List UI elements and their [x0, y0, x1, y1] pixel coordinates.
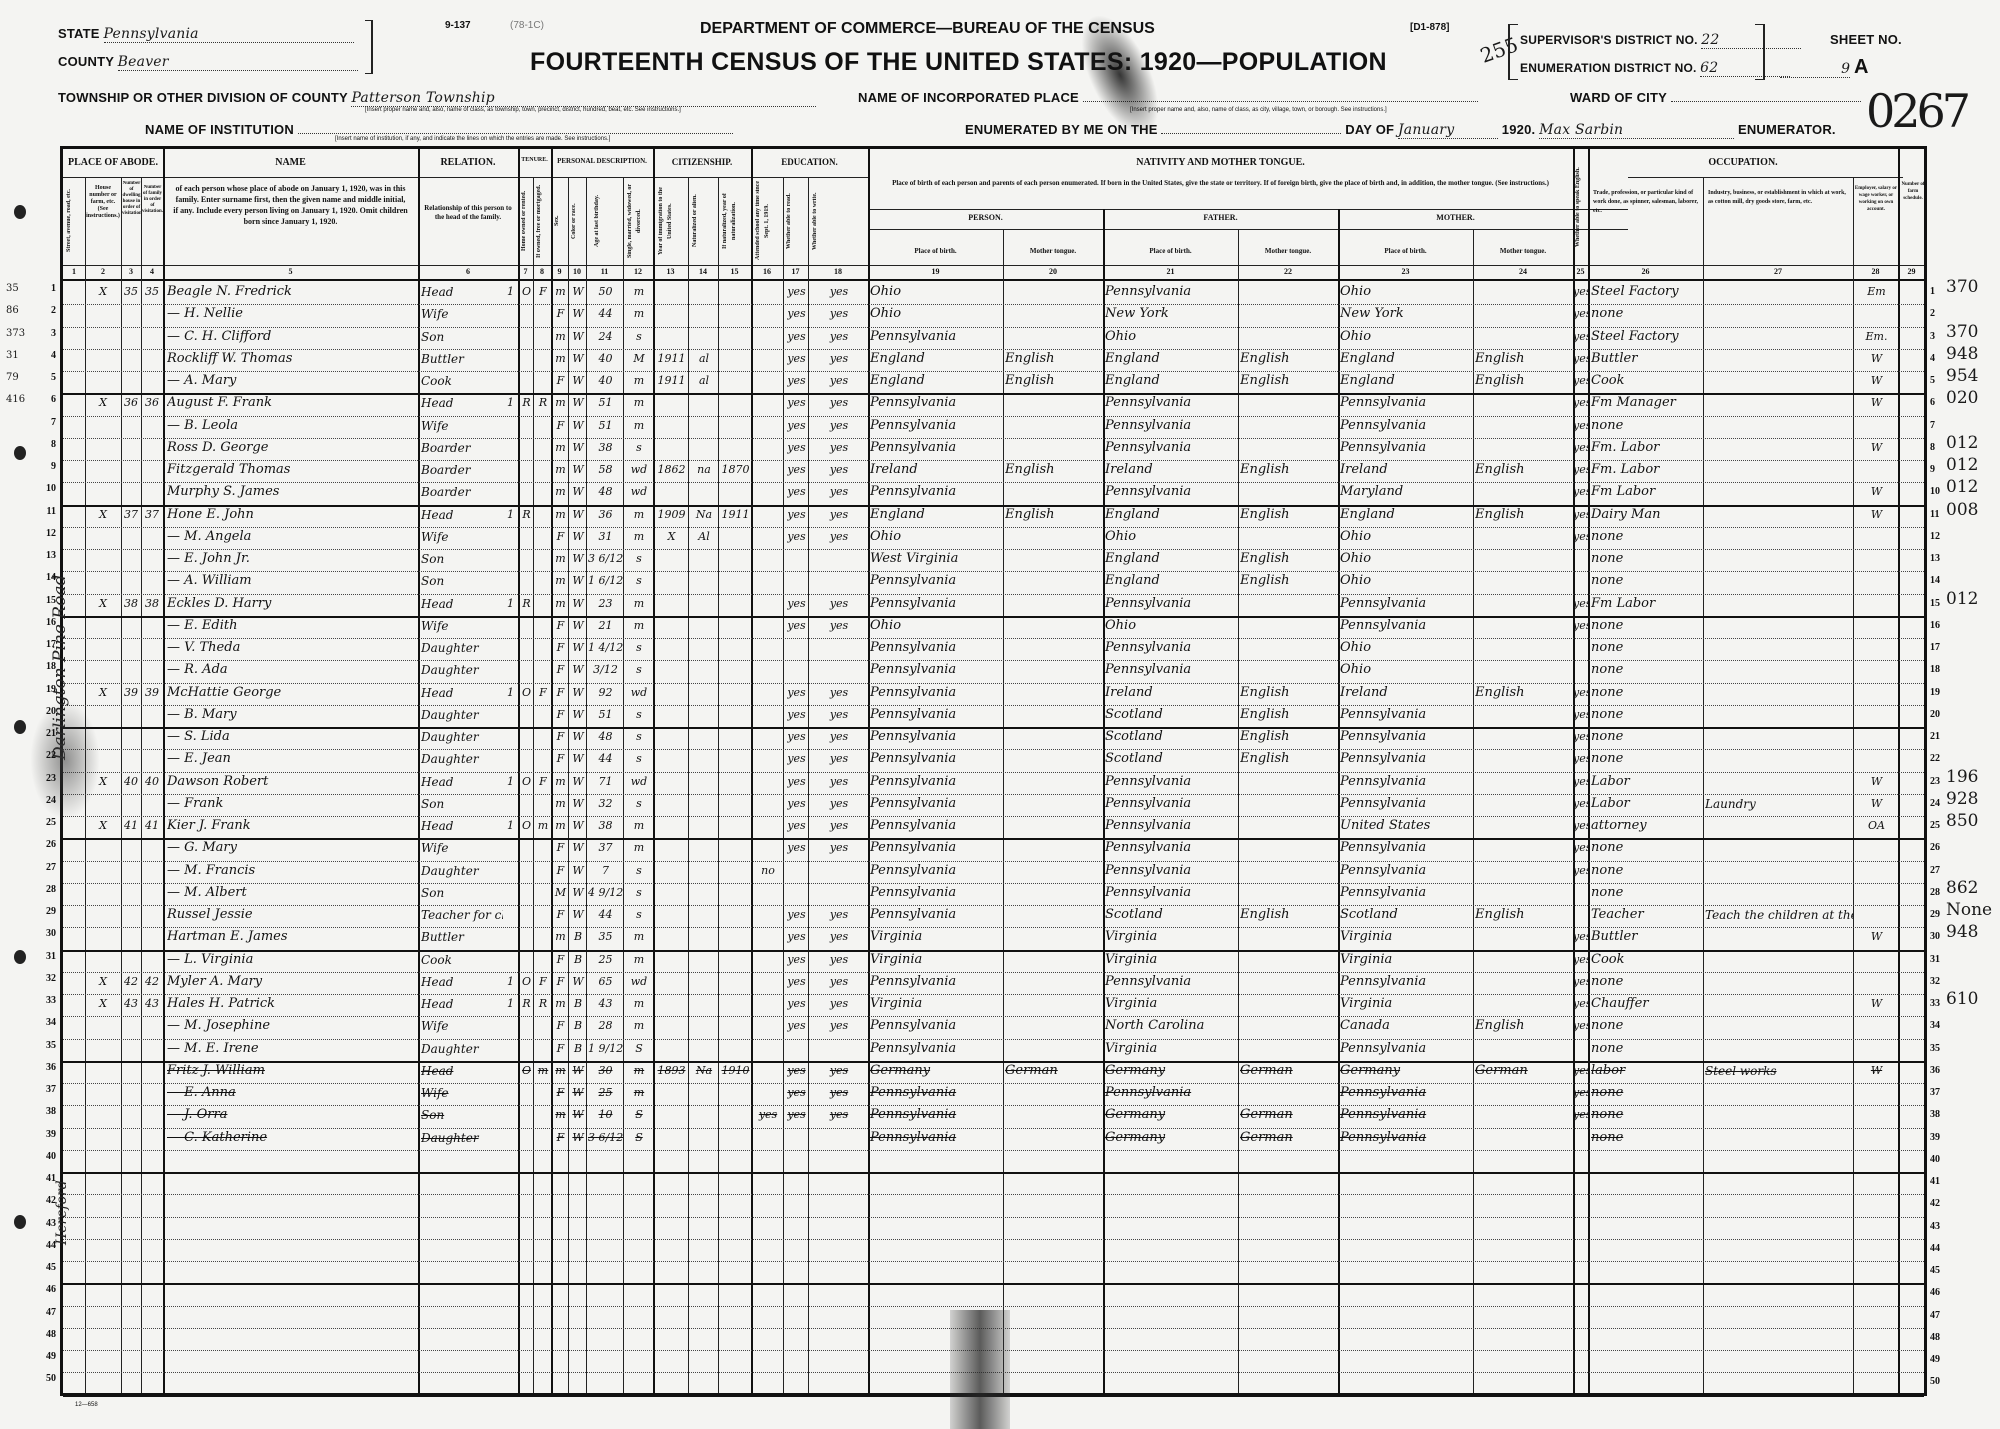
trade-cell: Buttler [1591, 349, 1703, 369]
tally-mark: 1 [503, 282, 518, 302]
line-number-left: 36 [38, 1062, 56, 1073]
age-cell: 1 4/12 [588, 638, 623, 658]
mother-birthplace-cell: Canada [1340, 1016, 1473, 1036]
marital-status-cell: s [625, 327, 653, 347]
father-birthplace-cell: Pennsylvania [1105, 1083, 1238, 1103]
mother-birthplace-cell: Pennsylvania [1340, 772, 1473, 792]
nativity-sub-divider [868, 229, 1628, 230]
name-cell: Hartman E. James [167, 927, 418, 947]
name-cell: August F. Frank [167, 393, 418, 413]
able-to-read-cell: yes [785, 371, 808, 391]
table-row[interactable]: — G. MaryWifeFW37myesyesPennsylvaniaPenn… [63, 838, 1925, 860]
form-code-right: [D1-878] [1410, 22, 1449, 33]
color-cell: W [570, 438, 586, 458]
sex-cell: F [553, 727, 568, 747]
column-number: 29 [1898, 267, 1925, 276]
col-15-label: If naturalized, year of naturalization. [721, 181, 749, 261]
relation-cell: Teacher for children [421, 905, 503, 925]
birthplace-cell: England [870, 505, 1003, 525]
line-number-left: 28 [38, 884, 56, 895]
father-tongue-cell: English [1240, 749, 1338, 769]
sex-cell: m [553, 994, 568, 1014]
relation-cell: Daughter [421, 861, 503, 881]
institution-label: NAME OF INSTITUTION [145, 122, 294, 137]
table-row[interactable]: Murphy S. JamesBoardermW48wdyesyesPennsy… [63, 482, 1925, 504]
name-cell: — M. E. Irene [167, 1039, 418, 1059]
name-cell: — G. Mary [167, 838, 418, 858]
birthplace-cell: Ohio [870, 282, 1003, 302]
table-row[interactable]: — M. AngelaWifeFW31mXAlyesyesOhioOhioOhi… [63, 527, 1925, 549]
table-row[interactable]: — E. JeanDaughterFW44syesyesPennsylvania… [63, 749, 1925, 771]
line-number-right: 17 [1930, 642, 1944, 653]
age-cell: 58 [588, 460, 623, 480]
age-cell: 51 [588, 705, 623, 725]
line-number-right: 4 [1930, 353, 1944, 364]
speaks-english-cell: yes [1573, 304, 1590, 324]
line-number-right: 28 [1930, 887, 1944, 898]
table-row[interactable]: X3737Hone E. JohnHead1RmW36m1909Na1911ye… [63, 505, 1925, 527]
table-row[interactable]: — M. E. IreneDaughterFB1 9/12SPennsylvan… [63, 1039, 1925, 1061]
father-tongue-cell: English [1240, 705, 1338, 725]
occupation-code: 948 [1946, 344, 1978, 364]
trade-cell: none [1591, 527, 1703, 547]
col-22-label: Mother tongue. [1238, 247, 1338, 256]
marital-status-cell: s [625, 571, 653, 591]
color-cell: W [570, 371, 586, 391]
occupation-code: None [1946, 900, 1992, 920]
table-row[interactable]: — B. LeolaWifeFW51myesyesPennsylvaniaPen… [63, 416, 1925, 438]
group-header-divider [63, 177, 868, 178]
table-row[interactable]: — E. EdithWifeFW21myesyesOhioOhioPennsyl… [63, 616, 1925, 638]
col-7-label: Home owned or rented. [520, 181, 532, 261]
immigration-year-cell: X [655, 527, 688, 547]
color-cell: W [570, 282, 586, 302]
trade-cell: Teacher [1591, 905, 1703, 925]
line-number-right: 15 [1930, 598, 1944, 609]
age-cell: 24 [588, 327, 623, 347]
color-cell: W [570, 571, 586, 591]
home-owned-cell: R [520, 505, 533, 525]
table-row[interactable]: Hartman E. JamesButtlermB35myesyesVirgin… [63, 927, 1925, 949]
table-row[interactable]: — M. JosephineWifeFB28myesyesPennsylvani… [63, 1016, 1925, 1038]
name-cell: — E. Anna [167, 1083, 418, 1103]
table-row[interactable]: — V. ThedaDaughterFW1 4/12sPennsylvaniaP… [63, 638, 1925, 660]
mother-birthplace-cell: Ireland [1340, 683, 1473, 703]
ward-field: WARD OF CITY [1570, 90, 1861, 105]
father-tongue-cell: English [1240, 683, 1338, 703]
group-name: NAME [163, 157, 418, 168]
father-tongue-cell: English [1240, 505, 1338, 525]
table-row[interactable]: — H. NellieWifeFW44myesyesOhioNew YorkNe… [63, 304, 1925, 326]
mortgage-cell: m [535, 1061, 551, 1081]
age-cell: 50 [588, 282, 623, 302]
sex-cell: F [553, 616, 568, 636]
able-to-read-cell: yes [785, 505, 808, 525]
employer-class-cell: W [1855, 393, 1898, 413]
age-cell: 25 [588, 1083, 623, 1103]
column-number: 16 [751, 267, 783, 276]
marital-status-cell: s [625, 638, 653, 658]
father-tongue-cell: German [1240, 1128, 1338, 1148]
mother-tongue-cell: English [1005, 349, 1103, 369]
father-birthplace-cell: Virginia [1105, 1039, 1238, 1059]
left-margin-code: 31 [6, 350, 19, 361]
table-row[interactable]: — S. LidaDaughterFW48syesyesPennsylvania… [63, 727, 1925, 749]
sex-cell: F [553, 638, 568, 658]
table-row[interactable]: — FrankSonmW32syesyesPennsylvaniaPennsyl… [63, 794, 1925, 816]
table-row[interactable]: Russel JessieTeacher for childrenFW44sye… [63, 905, 1925, 927]
father-birthplace-cell: Pennsylvania [1105, 660, 1238, 680]
family-number-cell: 35 [141, 282, 163, 302]
father-birthplace-cell: Ireland [1105, 683, 1238, 703]
group-abode: PLACE OF ABODE. [63, 157, 163, 168]
father-birthplace-cell: Germany [1105, 1061, 1238, 1081]
industry-cell: Teach the children at the [1705, 905, 1853, 925]
birthplace-cell: Pennsylvania [870, 482, 1003, 502]
table-row[interactable]: Rockliff W. ThomasButtlermW40M1911alyesy… [63, 349, 1925, 371]
father-birthplace-cell: Pennsylvania [1105, 416, 1238, 436]
mother-birthplace-cell: Ohio [1340, 527, 1473, 547]
table-row[interactable]: — C. KatherineDaughterFW3 6/12SPennsylva… [63, 1128, 1925, 1150]
father-tongue-cell: English [1240, 571, 1338, 591]
color-cell: W [570, 1083, 586, 1103]
name-cell: — C. H. Clifford [167, 327, 418, 347]
name-cell: Hone E. John [167, 505, 418, 525]
father-birthplace-cell: Pennsylvania [1105, 482, 1238, 502]
mother-tongue-cell: German [1005, 1061, 1103, 1081]
age-cell: 28 [588, 1016, 623, 1036]
relation-cell: Wife [421, 416, 503, 436]
able-to-write-cell: yes [810, 927, 868, 947]
age-cell: 65 [588, 972, 623, 992]
col-29-label: Number of farm schedule. [1900, 181, 1926, 202]
marital-status-cell: m [625, 527, 653, 547]
line-number-left: 25 [38, 817, 56, 828]
name-cell: — R. Ada [167, 660, 418, 680]
table-row[interactable]: — L. VirginiaCookFB25myesyesVirginiaVirg… [63, 950, 1925, 972]
sex-cell: m [553, 772, 568, 792]
name-cell: Russel Jessie [167, 905, 418, 925]
able-to-read-cell: yes [785, 438, 808, 458]
name-cell: — A. William [167, 571, 418, 591]
birthplace-cell: Pennsylvania [870, 838, 1003, 858]
left-margin-code: 416 [6, 394, 25, 405]
line-number-right: 31 [1930, 954, 1944, 965]
speaks-english-cell: yes [1573, 1083, 1590, 1103]
table-row[interactable]: X3939McHattie GeorgeHead1OFFW92wdyesyesP… [63, 683, 1925, 705]
employer-class-cell: OA [1855, 816, 1898, 836]
speaks-english-cell: yes [1573, 838, 1590, 858]
table-row[interactable]: Fitzgerald ThomasBoardermW58wd1862na1870… [63, 460, 1925, 482]
table-row[interactable]: Fritz J. WilliamHeadOmmW30m1893Na1910yes… [63, 1061, 1925, 1083]
line-number-right: 3 [1930, 331, 1944, 342]
occupation-code: 948 [1946, 922, 1978, 942]
name-cell: McHattie George [167, 683, 418, 703]
left-margin-code: 373 [6, 328, 25, 339]
relation-cell: Head [421, 816, 503, 836]
marital-status-cell: wd [625, 460, 653, 480]
marital-status-cell: s [625, 727, 653, 747]
speaks-english-cell: yes [1573, 794, 1590, 814]
table-row[interactable]: — E. AnnaWifeFW25myesyesPennsylvaniaPenn… [63, 1083, 1925, 1105]
able-to-write-cell: yes [810, 282, 868, 302]
naturalized-cell: Al [690, 527, 718, 547]
tally-mark: 1 [503, 594, 518, 614]
col-2-label: House number or farm, etc. (See instruct… [86, 185, 120, 220]
age-cell: 25 [588, 950, 623, 970]
father-birthplace-cell: Pennsylvania [1105, 794, 1238, 814]
line-number-right: 45 [1930, 1265, 1944, 1276]
birthplace-cell: Pennsylvania [870, 393, 1003, 413]
line-number-right: 43 [1930, 1221, 1944, 1232]
marital-status-cell: S [625, 1039, 653, 1059]
column-number: 8 [533, 267, 551, 276]
relation-cell: Cook [421, 950, 503, 970]
birthplace-cell: Ireland [870, 460, 1003, 480]
tally-mark: 1 [503, 683, 518, 703]
occupation-code: 954 [1946, 366, 1978, 386]
line-number-left: 33 [38, 995, 56, 1006]
ward-label: WARD OF CITY [1570, 90, 1667, 105]
sex-cell: F [553, 416, 568, 436]
color-cell: W [570, 727, 586, 747]
line-number-right: 36 [1930, 1065, 1944, 1076]
color-cell: W [570, 749, 586, 769]
name-cell: Murphy S. James [167, 482, 418, 502]
sex-cell: m [553, 1061, 568, 1081]
line-number-left: 7 [38, 417, 56, 428]
trade-cell: none [1591, 861, 1703, 881]
line-number-left: 42 [38, 1195, 56, 1206]
table-row[interactable]: X4343Hales H. PatrickHead1RRmB43myesyesV… [63, 994, 1925, 1016]
table-row[interactable]: X3535Beagle N. FredrickHead1OFmW50myesye… [63, 282, 1925, 304]
table-row[interactable]: Ross D. GeorgeBoardermW38syesyesPennsylv… [63, 438, 1925, 460]
able-to-read-cell: yes [785, 1105, 808, 1125]
occupation-code: 370 [1946, 322, 1978, 342]
able-to-write-cell: yes [810, 816, 868, 836]
immigration-year-cell: 1911 [655, 349, 688, 369]
name-cell: Ross D. George [167, 438, 418, 458]
sex-cell: m [553, 482, 568, 502]
column-number: 7 [518, 267, 533, 276]
naturalized-cell: Na [690, 1061, 718, 1081]
father-birthplace-cell: Germany [1105, 1128, 1238, 1148]
birthplace-cell: Ohio [870, 616, 1003, 636]
father-birthplace-cell: Scotland [1105, 705, 1238, 725]
line-number-left: 45 [38, 1262, 56, 1273]
able-to-read-cell: yes [785, 749, 808, 769]
table-row[interactable]: — B. MaryDaughterFW51syesyesPennsylvania… [63, 705, 1925, 727]
name-cell: — B. Leola [167, 416, 418, 436]
able-to-read-cell: yes [785, 950, 808, 970]
table-row[interactable]: X4141Kier J. FrankHead1OmmW38myesyesPenn… [63, 816, 1925, 838]
table-row[interactable]: — C. H. CliffordSonmW24syesyesPennsylvan… [63, 327, 1925, 349]
employer-class-cell: W [1855, 927, 1898, 947]
column-number: 3 [121, 267, 141, 276]
speaks-english-cell: yes [1573, 1016, 1590, 1036]
mother-birthplace-cell: Pennsylvania [1340, 438, 1473, 458]
trade-cell: none [1591, 1039, 1703, 1059]
table-row[interactable]: X4242Myler A. MaryHead1OFFW65wdyesyesPen… [63, 972, 1925, 994]
col-28-label: Employer, salary or wage worker, or work… [1854, 185, 1898, 213]
relation-cell: Head [421, 505, 503, 525]
line-number-left: 43 [38, 1218, 56, 1229]
attended-school-cell: yes [753, 1105, 783, 1125]
birthplace-cell: Pennsylvania [870, 638, 1003, 658]
table-row[interactable]: X4040Dawson RobertHead1OFmW71wdyesyesPen… [63, 772, 1925, 794]
father-birthplace-cell: Pennsylvania [1105, 772, 1238, 792]
dwelling-number-cell: 42 [121, 972, 141, 992]
age-cell: 3 6/12 [588, 1128, 623, 1148]
birthplace-cell: Pennsylvania [870, 571, 1003, 591]
state-label: STATE [58, 26, 100, 41]
relation-cell: Head [421, 393, 503, 413]
enumerated-day [1161, 133, 1341, 134]
naturalized-cell: na [690, 460, 718, 480]
marital-status-cell: m [625, 393, 653, 413]
table-row[interactable]: X3636August F. FrankHead1RRmW51myesyesPe… [63, 393, 1925, 415]
marital-status-cell: m [625, 416, 653, 436]
group-tenure: TENURE. [518, 157, 551, 163]
relation-cell: Daughter [421, 660, 503, 680]
marital-status-cell: m [625, 505, 653, 525]
age-cell: 48 [588, 727, 623, 747]
dwelling-number-cell: 38 [121, 594, 141, 614]
line-number-right: 2 [1930, 308, 1944, 319]
family-number-cell: 37 [141, 505, 163, 525]
industry-cell: Laundry [1705, 794, 1853, 814]
column-number: 15 [718, 267, 751, 276]
line-number-left: 1 [38, 283, 56, 294]
age-cell: 1 6/12 [588, 571, 623, 591]
name-cell: — B. Mary [167, 705, 418, 725]
column-number: 25 [1573, 267, 1588, 276]
name-cell: Hales H. Patrick [167, 994, 418, 1014]
speaks-english-cell: yes [1573, 749, 1590, 769]
father-birthplace-cell: Scotland [1105, 727, 1238, 747]
occupation-code: 012 [1946, 455, 1978, 475]
father-birthplace-cell: Germany [1105, 1105, 1238, 1125]
county-value: Beaver [118, 54, 358, 71]
line-number-right: 23 [1930, 776, 1944, 787]
tally-mark: 1 [503, 972, 518, 992]
table-row[interactable]: — A. WilliamSonmW1 6/12sPennsylvaniaEngl… [63, 571, 1925, 593]
relation-cell: Buttler [421, 349, 503, 369]
line-number-right: 29 [1930, 909, 1944, 920]
table-row[interactable]: — E. John Jr.SonmW3 6/12sWest VirginiaEn… [63, 549, 1925, 571]
dwelling-number-cell: 39 [121, 683, 141, 703]
color-cell: B [570, 1039, 586, 1059]
marital-status-cell: S [625, 1105, 653, 1125]
trade-cell: none [1591, 416, 1703, 436]
table-row[interactable]: — A. MaryCookFW40m1911alyesyesEnglandEng… [63, 371, 1925, 393]
relation-cell: Wife [421, 616, 503, 636]
dwelling-number-cell: 43 [121, 994, 141, 1014]
line-number-right: 39 [1930, 1132, 1944, 1143]
mother-birthplace-cell: Scotland [1340, 905, 1473, 925]
column-number: 27 [1703, 267, 1853, 276]
group-header-divider [1628, 177, 1903, 178]
father-birthplace-cell: Pennsylvania [1105, 883, 1238, 903]
mortgage-cell: F [535, 972, 551, 992]
table-row[interactable]: — J. OrraSonmW10SyesyesyesPennsylvaniaGe… [63, 1105, 1925, 1127]
column-number: 21 [1103, 267, 1238, 276]
mother-birthplace-cell: Ohio [1340, 638, 1473, 658]
age-cell: 32 [588, 794, 623, 814]
able-to-write-cell: yes [810, 1083, 868, 1103]
father-birthplace-cell: Pennsylvania [1105, 638, 1238, 658]
employer-class-cell: Em [1855, 282, 1898, 302]
sheet-value: 9 [1780, 61, 1850, 78]
father-birthplace-cell: England [1105, 505, 1238, 525]
able-to-read-cell: yes [785, 927, 808, 947]
relation-cell: Boarder [421, 438, 503, 458]
age-cell: 51 [588, 393, 623, 413]
birthplace-cell: Pennsylvania [870, 1083, 1003, 1103]
row-divider [63, 1150, 1924, 1151]
father-birthplace-cell: Pennsylvania [1105, 972, 1238, 992]
column-number: 6 [418, 267, 518, 276]
employer-class-cell: W [1855, 349, 1898, 369]
trade-cell: Labor [1591, 772, 1703, 792]
line-number-right: 49 [1930, 1354, 1944, 1365]
able-to-read-cell: yes [785, 327, 808, 347]
sex-cell: F [553, 1083, 568, 1103]
sex-cell: m [553, 571, 568, 591]
group-person: PERSON. [868, 213, 1103, 222]
able-to-read-cell: yes [785, 349, 808, 369]
mother-birthplace-cell: Maryland [1340, 482, 1473, 502]
name-cell: — Frank [167, 794, 418, 814]
census-table: PLACE OF ABODE. NAME RELATION. TENURE. P… [60, 146, 1927, 1396]
mother-birthplace-cell: United States [1340, 816, 1473, 836]
line-number-right: 12 [1930, 531, 1944, 542]
mother-birthplace-cell: Pennsylvania [1340, 727, 1473, 747]
mother-parent-tongue-cell: German [1475, 1061, 1573, 1081]
marital-status-cell: wd [625, 972, 653, 992]
table-row[interactable]: — M. AlbertSonMW4 9/12sPennsylvaniaPenns… [63, 883, 1925, 905]
speaks-english-cell: yes [1573, 1061, 1590, 1081]
relation-cell: Cook [421, 371, 503, 391]
trade-cell: Labor [1591, 794, 1703, 814]
table-row[interactable]: X3838Eckles D. HarryHead1RmW23myesyesPen… [63, 594, 1925, 616]
left-margin-code: 35 [6, 283, 19, 294]
able-to-read-cell: yes [785, 816, 808, 836]
color-cell: B [570, 950, 586, 970]
tally-mark: 1 [503, 816, 518, 836]
line-number-left: 12 [38, 528, 56, 539]
table-row[interactable]: — M. FrancisDaughterFW7snoPennsylvaniaPe… [63, 861, 1925, 883]
relation-cell: Son [421, 549, 503, 569]
line-number-left: 32 [38, 973, 56, 984]
sex-cell: m [553, 282, 568, 302]
sex-cell: F [553, 1128, 568, 1148]
house-number-cell: X [85, 594, 121, 614]
relation-cell: Son [421, 571, 503, 591]
line-number-right: 20 [1930, 709, 1944, 720]
speaks-english-cell: yes [1573, 683, 1590, 703]
sex-cell: F [553, 660, 568, 680]
trade-cell: none [1591, 616, 1703, 636]
father-tongue-cell: English [1240, 371, 1338, 391]
table-row[interactable]: — R. AdaDaughterFW3/12sPennsylvaniaPenns… [63, 660, 1925, 682]
name-cell: — E. Edith [167, 616, 418, 636]
speaks-english-cell: yes [1573, 527, 1590, 547]
enumeration-value: 62 [1700, 60, 1790, 77]
column-number: 19 [868, 267, 1003, 276]
marital-status-cell: m [625, 616, 653, 636]
mortgage-cell: R [535, 393, 551, 413]
